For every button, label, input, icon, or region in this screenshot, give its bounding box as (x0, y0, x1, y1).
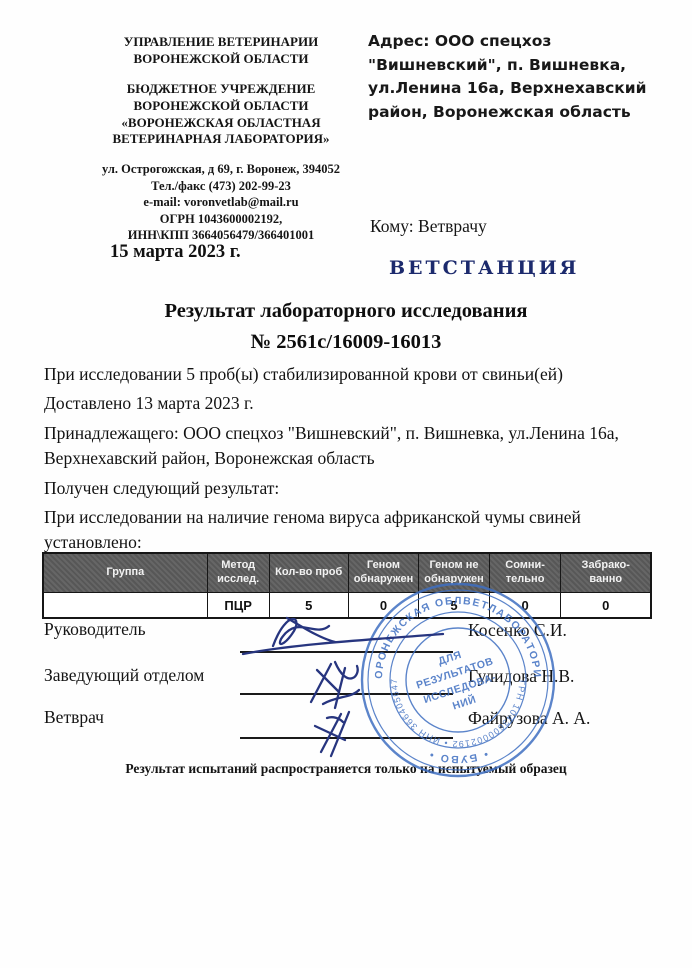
address-line: ул.Ленина 16а, Верхнехавский (368, 77, 658, 101)
letterhead-line: БЮДЖЕТНОЕ УЧРЕЖДЕНИЕ (58, 81, 384, 98)
letterhead-contacts: ул. Острогожская, д 69, г. Воронеж, 3940… (58, 161, 384, 244)
recipient-address: Адрес: ООО спецхоз "Вишневский", п. Вишн… (368, 30, 658, 124)
signature-scribble-department-head (311, 662, 359, 708)
document-title: Результат лабораторного исследования № 2… (0, 296, 692, 358)
signature-name-department-head: Гулидова Н.В. (468, 666, 574, 687)
signature-scribble-vet (315, 712, 349, 756)
letterhead: УПРАВЛЕНИЕ ВЕТЕРИНАРИИ ВОРОНЕЖСКОЙ ОБЛАС… (58, 34, 384, 244)
col-header-method: Метод исслед. (207, 553, 269, 593)
address-line: Адрес: ООО спецхоз (368, 30, 658, 54)
signature-line (240, 693, 453, 695)
col-header-doubtful: Сомни- тельно (489, 553, 561, 593)
signature-line (240, 651, 453, 653)
signature-role-department-head: Заведующий отделом (44, 665, 204, 686)
cell-sample-count: 5 (269, 593, 348, 619)
cell-genome-not-detected: 5 (419, 593, 490, 619)
signature-scribble-director (243, 618, 443, 654)
paragraph-owner: Принадлежащего: ООО спецхоз "Вишневский"… (44, 421, 650, 472)
col-header-genome-detected: Геном обнаружен (348, 553, 419, 593)
document-page: УПРАВЛЕНИЕ ВЕТЕРИНАРИИ ВОРОНЕЖСКОЙ ОБЛАС… (0, 0, 692, 968)
paragraph-samples: При исследовании 5 проб(ы) стабилизирова… (44, 362, 650, 387)
signature-role-director: Руководитель (44, 619, 146, 640)
col-header-rejected: Забрако- ванно (561, 553, 651, 593)
letterhead-phone: Тел./факс (473) 202-99-23 (58, 178, 384, 195)
letterhead-authority: УПРАВЛЕНИЕ ВЕТЕРИНАРИИ ВОРОНЕЖСКОЙ ОБЛАС… (58, 34, 384, 68)
paragraph-test-description: При исследовании на наличие генома вирус… (44, 505, 650, 556)
body-text: При исследовании 5 проб(ы) стабилизирова… (44, 362, 650, 560)
table-row: ПЦР 5 0 5 0 0 (43, 593, 651, 619)
col-header-group: Группа (43, 553, 207, 593)
paragraph-delivered: Доставлено 13 марта 2023 г. (44, 391, 650, 416)
letterhead-line: ВОРОНЕЖСКОЙ ОБЛАСТИ (58, 51, 384, 68)
letterhead-line: ВЕТЕРИНАРНАЯ ЛАБОРАТОРИЯ» (58, 131, 384, 148)
vetstation-stamp-text: ВЕТСТАНЦИЯ (389, 257, 579, 279)
col-header-sample-count: Кол-во проб (269, 553, 348, 593)
title-line-1: Результат лабораторного исследования (0, 296, 692, 327)
cell-doubtful: 0 (489, 593, 561, 619)
letterhead-line: «ВОРОНЕЖСКАЯ ОБЛАСТНАЯ (58, 115, 384, 132)
letterhead-line: УПРАВЛЕНИЕ ВЕТЕРИНАРИИ (58, 34, 384, 51)
letterhead-line: ВОРОНЕЖСКОЙ ОБЛАСТИ (58, 98, 384, 115)
address-line: район, Воронежская область (368, 101, 658, 125)
cell-method: ПЦР (207, 593, 269, 619)
cell-genome-detected: 0 (348, 593, 419, 619)
letterhead-email: e-mail: voronvetlab@mail.ru (58, 194, 384, 211)
document-date: 15 марта 2023 г. (110, 242, 241, 263)
results-table: Группа Метод исслед. Кол-во проб Геном о… (42, 552, 652, 619)
footer-disclaimer: Результат испытаний распространяется тол… (0, 761, 692, 777)
cell-group (43, 593, 207, 619)
cell-rejected: 0 (561, 593, 651, 619)
signature-role-vet: Ветврач (44, 707, 104, 728)
handwritten-signatures (235, 598, 485, 758)
table-header-row: Группа Метод исслед. Кол-во проб Геном о… (43, 553, 651, 593)
col-header-genome-not-detected: Геном не обнаружен (419, 553, 490, 593)
signature-name-vet: Файрузова А. А. (468, 708, 590, 729)
signature-line (240, 737, 453, 739)
letterhead-ogrn: ОГРН 1043600002192, (58, 211, 384, 228)
address-line: "Вишневский", п. Вишневка, (368, 54, 658, 78)
letterhead-street: ул. Острогожская, д 69, г. Воронеж, 3940… (58, 161, 384, 178)
signature-name-director: Косенко С.И. (468, 620, 567, 641)
letterhead-institution: БЮДЖЕТНОЕ УЧРЕЖДЕНИЕ ВОРОНЕЖСКОЙ ОБЛАСТИ… (58, 81, 384, 149)
paragraph-result-intro: Получен следующий результат: (44, 476, 650, 501)
title-number: № 2561с/16009-16013 (0, 327, 692, 358)
recipient-to: Кому: Ветврачу (370, 216, 487, 237)
